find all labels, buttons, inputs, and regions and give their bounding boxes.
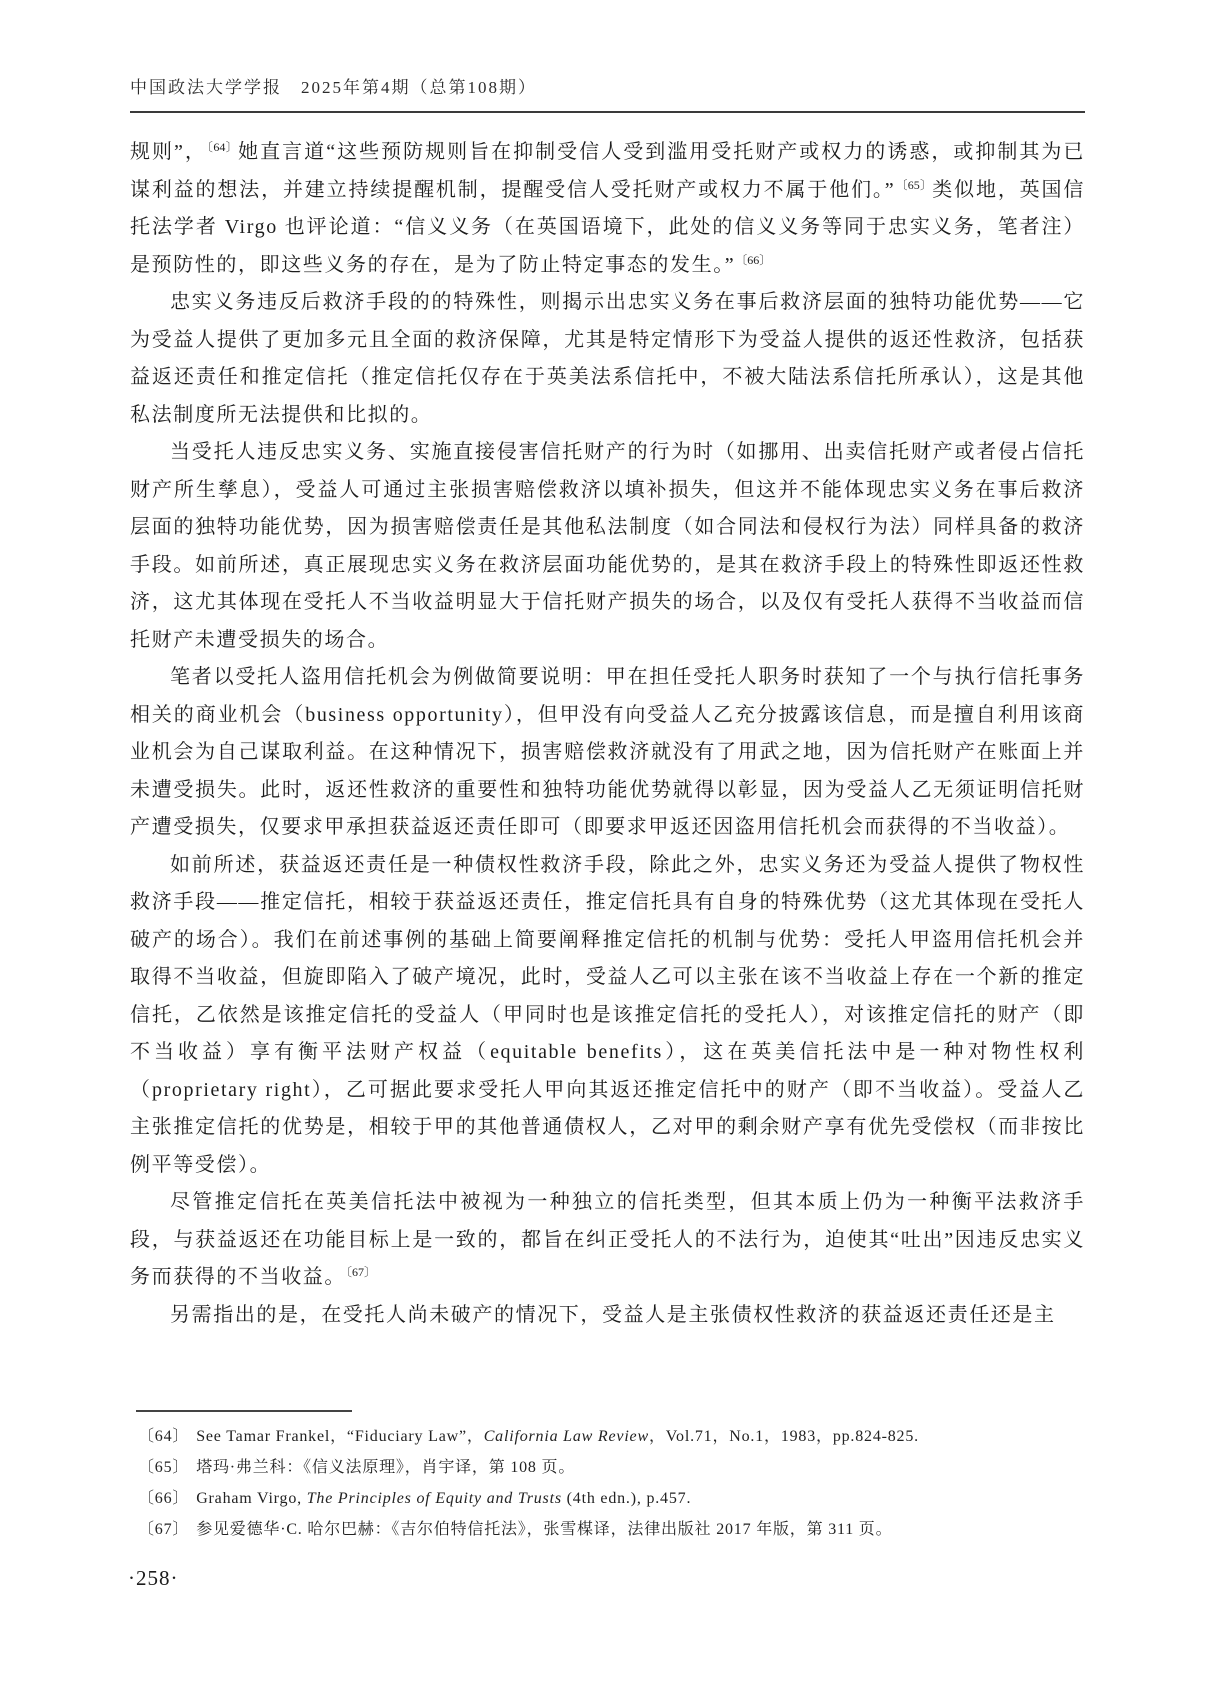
- footnote-text: 参见爱德华·C. 哈尔巴赫：《吉尔伯特信托法》，张雪楳译，法律出版社 2017 …: [196, 1521, 892, 1538]
- paragraph-text: 另需指出的是，在受托人尚未破产的情况下，受益人是主张债权性救济的获益返还责任还是…: [170, 1304, 1056, 1326]
- footnote-text: ，Vol.71，No.1，1983，pp.824-825.: [649, 1428, 919, 1445]
- footnote-text: 塔玛·弗兰科：《信义法原理》，肖宇译，第 108 页。: [196, 1459, 575, 1476]
- footnote-label: 〔66〕: [138, 1490, 189, 1507]
- paragraph: 忠实义务违反后救济手段的的特殊性，则揭示出忠实义务在事后救济层面的独特功能优势—…: [130, 284, 1085, 434]
- paragraph-text: 笔者以受托人盗用信托机会为例做简要说明：甲在担任受托人职务时获知了一个与执行信托…: [130, 666, 1085, 838]
- footnote-text: (4th edn.), p.457.: [562, 1490, 691, 1507]
- footnotes-section: 〔64〕See Tamar Frankel，“Fiduciary Law”，Ca…: [130, 1410, 1085, 1545]
- page-number: ·258·: [128, 1566, 179, 1591]
- footnote-67: 〔67〕参见爱德华·C. 哈尔巴赫：《吉尔伯特信托法》，张雪楳译，法律出版社 2…: [130, 1514, 1085, 1545]
- footnote-64: 〔64〕See Tamar Frankel，“Fiduciary Law”，Ca…: [130, 1421, 1085, 1452]
- paragraph: 规则”，〔64〕她直言道“这些预防规则旨在抑制受信人受到滥用受托财产或权力的诱惑…: [130, 134, 1085, 284]
- footnote-ref-64: 〔64〕: [207, 140, 238, 154]
- paragraph: 笔者以受托人盗用信托机会为例做简要说明：甲在担任受托人职务时获知了一个与执行信托…: [130, 659, 1085, 847]
- paragraph: 另需指出的是，在受托人尚未破产的情况下，受益人是主张债权性救济的获益返还责任还是…: [130, 1297, 1085, 1335]
- footnote-text: Graham Virgo,: [196, 1490, 307, 1507]
- footnote-66: 〔66〕Graham Virgo, The Principles of Equi…: [130, 1483, 1085, 1514]
- footnote-italic-title: California Law Review: [484, 1428, 649, 1445]
- page-header: 中国政法大学学报 2025年第4期（总第108期）: [130, 73, 1085, 113]
- paragraph-text: 如前所述，获益返还责任是一种债权性救济手段，除此之外，忠实义务还为受益人提供了物…: [130, 854, 1085, 1176]
- paragraph-text: 忠实义务违反后救济手段的的特殊性，则揭示出忠实义务在事后救济层面的独特功能优势—…: [130, 291, 1085, 426]
- paragraph-text: 当受托人违反忠实义务、实施直接侵害信托财产的行为时（如挪用、出卖信托财产或者侵占…: [130, 441, 1085, 651]
- header-divider: [130, 111, 1085, 113]
- footnote-text: See Tamar Frankel，“Fiduciary Law”，: [196, 1428, 483, 1445]
- running-head: 中国政法大学学报 2025年第4期（总第108期）: [130, 73, 1085, 98]
- paragraph: 尽管推定信托在英美信托法中被视为一种独立的信托类型，但其本质上仍为一种衡平法救济…: [130, 1184, 1085, 1297]
- paragraph: 如前所述，获益返还责任是一种债权性救济手段，除此之外，忠实义务还为受益人提供了物…: [130, 847, 1085, 1185]
- footnote-ref-67: 〔67〕: [346, 1265, 376, 1279]
- footnote-italic-title: The Principles of Equity and Trusts: [307, 1490, 562, 1507]
- footnote-65: 〔65〕塔玛·弗兰科：《信义法原理》，肖宇译，第 108 页。: [130, 1452, 1085, 1483]
- article-body: 规则”，〔64〕她直言道“这些预防规则旨在抑制受信人受到滥用受托财产或权力的诱惑…: [130, 134, 1085, 1334]
- footnote-ref-66: 〔66〕: [735, 253, 771, 267]
- paragraph-text: 尽管推定信托在英美信托法中被视为一种独立的信托类型，但其本质上仍为一种衡平法救济…: [130, 1191, 1085, 1288]
- paragraph-text: 规则”，: [130, 141, 207, 163]
- footnote-label: 〔67〕: [138, 1521, 189, 1538]
- paragraph: 当受托人违反忠实义务、实施直接侵害信托财产的行为时（如挪用、出卖信托财产或者侵占…: [130, 434, 1085, 659]
- footnote-divider: [136, 1410, 352, 1412]
- journal-page: 中国政法大学学报 2025年第4期（总第108期） 规则”，〔64〕她直言道“这…: [0, 0, 1217, 1689]
- footnote-label: 〔64〕: [138, 1428, 189, 1445]
- footnote-ref-65: 〔65〕: [895, 178, 932, 192]
- footnote-label: 〔65〕: [138, 1459, 189, 1476]
